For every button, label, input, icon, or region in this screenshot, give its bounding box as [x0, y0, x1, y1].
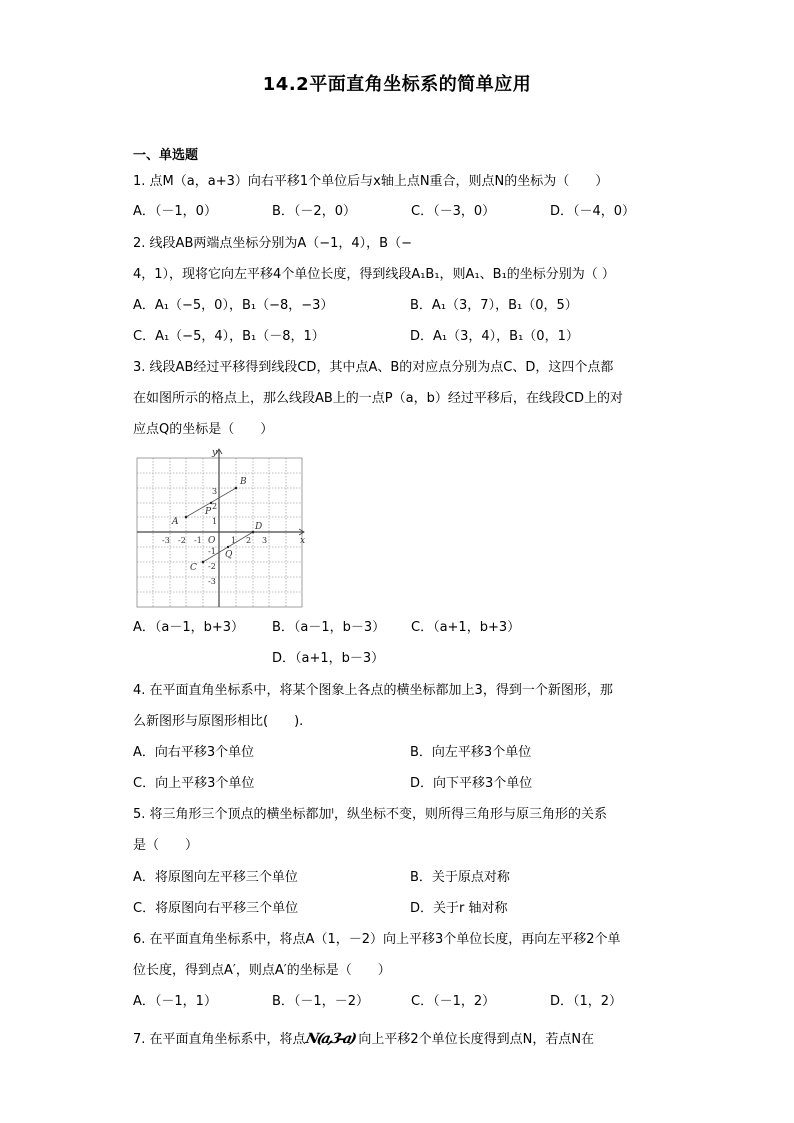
svg-text:-3: -3 — [208, 577, 216, 586]
question-6-option-b[interactable]: B．（－1，－2） — [272, 994, 369, 1010]
question-1-stem: 1. 点M（a，a+3）向右平移1个单位后与x轴上点N重合，则点N的坐标为（ ） — [133, 174, 608, 190]
y-axis-label: y — [211, 448, 218, 458]
question-6-stem-line-2: 位长度，得到点A′，则点A′的坐标是（ ） — [133, 963, 391, 979]
svg-text:1: 1 — [212, 517, 217, 526]
svg-text:1: 1 — [231, 536, 236, 545]
question-5-stem-line-1: 5. 将三角形三个顶点的横坐标都加ᴵ，纵坐标不变，则所得三角形与原三角形的关系 — [133, 807, 607, 823]
question-3-option-c[interactable]: C．（a+1，b+3） — [411, 620, 520, 636]
question-6-stem-line-1: 6. 在平面直角坐标系中，将点A（1，－2）向上平移3个单位长度，再向左平移2个… — [133, 932, 621, 948]
section-heading: 一、单选题 — [133, 148, 198, 164]
svg-text:2: 2 — [212, 502, 217, 511]
question-2-stem-line-2: 4，1），现将它向左平移4个单位长度，得到线段A₁B₁，则A₁、B₁的坐标分别为… — [133, 267, 615, 283]
question-number: 7. — [133, 1032, 145, 1047]
point-label-d: D — [254, 522, 262, 532]
question-number: 1. — [133, 174, 145, 189]
question-text: 将三角形三个顶点的横坐标都加ᴵ，纵坐标不变，则所得三角形与原三角形的关系 — [150, 807, 607, 822]
coordinate-grid-figure: y x O B A P D C Q -3 -2 -1 1 2 3 3 2 1 -… — [130, 445, 310, 615]
question-1-option-b[interactable]: B．（－2，0） — [272, 204, 356, 220]
question-text: 在平面直角坐标系中，将某个图象上各点的横坐标都加上3，得到一个新图形，那 — [150, 683, 613, 698]
question-1-option-a[interactable]: A．（－1，0） — [133, 204, 217, 220]
math-expression-image: N(a,3-a) — [304, 1031, 356, 1047]
question-6-option-d[interactable]: D．（1，2） — [550, 994, 622, 1010]
point-label-b: B — [239, 477, 247, 487]
point-label-q: Q — [225, 550, 233, 560]
question-text: 线段AB两端点坐标分别为A（−1，4），B（− — [150, 236, 412, 251]
question-text-prefix: 在平面直角坐标系中，将点 — [150, 1032, 306, 1047]
question-6-option-c[interactable]: C．（－1，2） — [411, 994, 495, 1010]
question-text: 线段AB经过平移得到线段CD，其中点A、B的对应点分别为点C、D，这四个点都 — [150, 360, 614, 375]
question-1-option-d[interactable]: D．（－4，0） — [550, 204, 635, 220]
question-5-option-b[interactable]: B．关于原点对称 — [410, 870, 510, 886]
question-4-option-d[interactable]: D．向下平移3个单位 — [410, 776, 532, 792]
question-5-option-c[interactable]: C．将原图向右平移三个单位 — [133, 901, 298, 917]
x-axis-label: x — [300, 536, 305, 546]
question-3-option-b[interactable]: B．（a－1，b－3） — [272, 620, 385, 636]
question-2-option-b[interactable]: B．A₁（3，7），B₁（0，5） — [410, 298, 578, 314]
question-7-stem-line-1: 7. 在平面直角坐标系中，将点N(a,3-a) 向上平移2个单位长度得到点N，若… — [133, 1031, 594, 1048]
point-label-a: A — [171, 517, 179, 527]
question-3-stem-line-1: 3. 线段AB经过平移得到线段CD，其中点A、B的对应点分别为点C、D，这四个点… — [133, 360, 613, 376]
question-number: 4. — [133, 683, 145, 698]
document-title: 14.2平面直角坐标系的简单应用 — [0, 70, 794, 96]
question-2-stem-line-1: 2. 线段AB两端点坐标分别为A（−1，4），B（− — [133, 236, 412, 252]
svg-text:-3: -3 — [162, 536, 170, 545]
question-text-suffix: 向上平移2个单位长度得到点N，若点N在 — [354, 1032, 594, 1047]
origin-label: O — [208, 536, 216, 546]
question-6-option-a[interactable]: A．（－1，1） — [133, 994, 217, 1010]
point-label-p: P — [204, 507, 212, 517]
question-4-option-a[interactable]: A．向右平移3个单位 — [133, 745, 254, 761]
question-2-option-c[interactable]: C．A₁（−5，4），B₁（－8，1） — [133, 329, 325, 345]
svg-text:3: 3 — [262, 536, 267, 545]
question-number: 3. — [133, 360, 145, 375]
question-3-stem-line-3: 应点Q的坐标是（ ） — [133, 422, 273, 438]
question-3-option-a[interactable]: A．（a－1，b+3） — [133, 620, 244, 636]
question-4-option-b[interactable]: B．向左平移3个单位 — [410, 745, 531, 761]
question-4-option-c[interactable]: C．向上平移3个单位 — [133, 776, 254, 792]
svg-text:-2: -2 — [178, 536, 186, 545]
question-3-stem-line-2: 在如图所示的格点上，那么线段AB上的一点P（a，b）经过平移后，在线段CD上的对 — [133, 391, 623, 407]
question-2-option-a[interactable]: A．A₁（−5，0），B₁（−8，−3） — [133, 298, 333, 314]
question-5-stem-line-2: 是（ ） — [133, 838, 198, 854]
question-number: 2. — [133, 236, 145, 251]
question-number: 6. — [133, 932, 145, 947]
question-1-option-c[interactable]: C．（－3，0） — [411, 204, 495, 220]
question-4-stem-line-2: 么新图形与原图形相比( ). — [133, 714, 303, 730]
point-label-c: C — [190, 563, 197, 573]
question-5-option-d[interactable]: D．关于r 轴对称 — [410, 901, 508, 917]
svg-text:-2: -2 — [208, 562, 216, 571]
question-2-option-d[interactable]: D．A₁（3，4），B₁（0，1） — [410, 329, 579, 345]
question-text: 点M（a，a+3）向右平移1个单位后与x轴上点N重合，则点N的坐标为（ ） — [150, 174, 609, 189]
question-5-option-a[interactable]: A．将原图向左平移三个单位 — [133, 870, 298, 886]
question-3-option-d[interactable]: D．（a+1，b－3） — [272, 651, 384, 667]
question-text: 在平面直角坐标系中，将点A（1，－2）向上平移3个单位长度，再向左平移2个单 — [150, 932, 621, 947]
svg-text:2: 2 — [246, 536, 251, 545]
svg-text:-1: -1 — [208, 547, 216, 556]
question-number: 5. — [133, 807, 145, 822]
svg-text:-1: -1 — [194, 536, 202, 545]
question-4-stem-line-1: 4. 在平面直角坐标系中，将某个图象上各点的横坐标都加上3，得到一个新图形，那 — [133, 683, 613, 699]
svg-text:3: 3 — [212, 487, 217, 496]
